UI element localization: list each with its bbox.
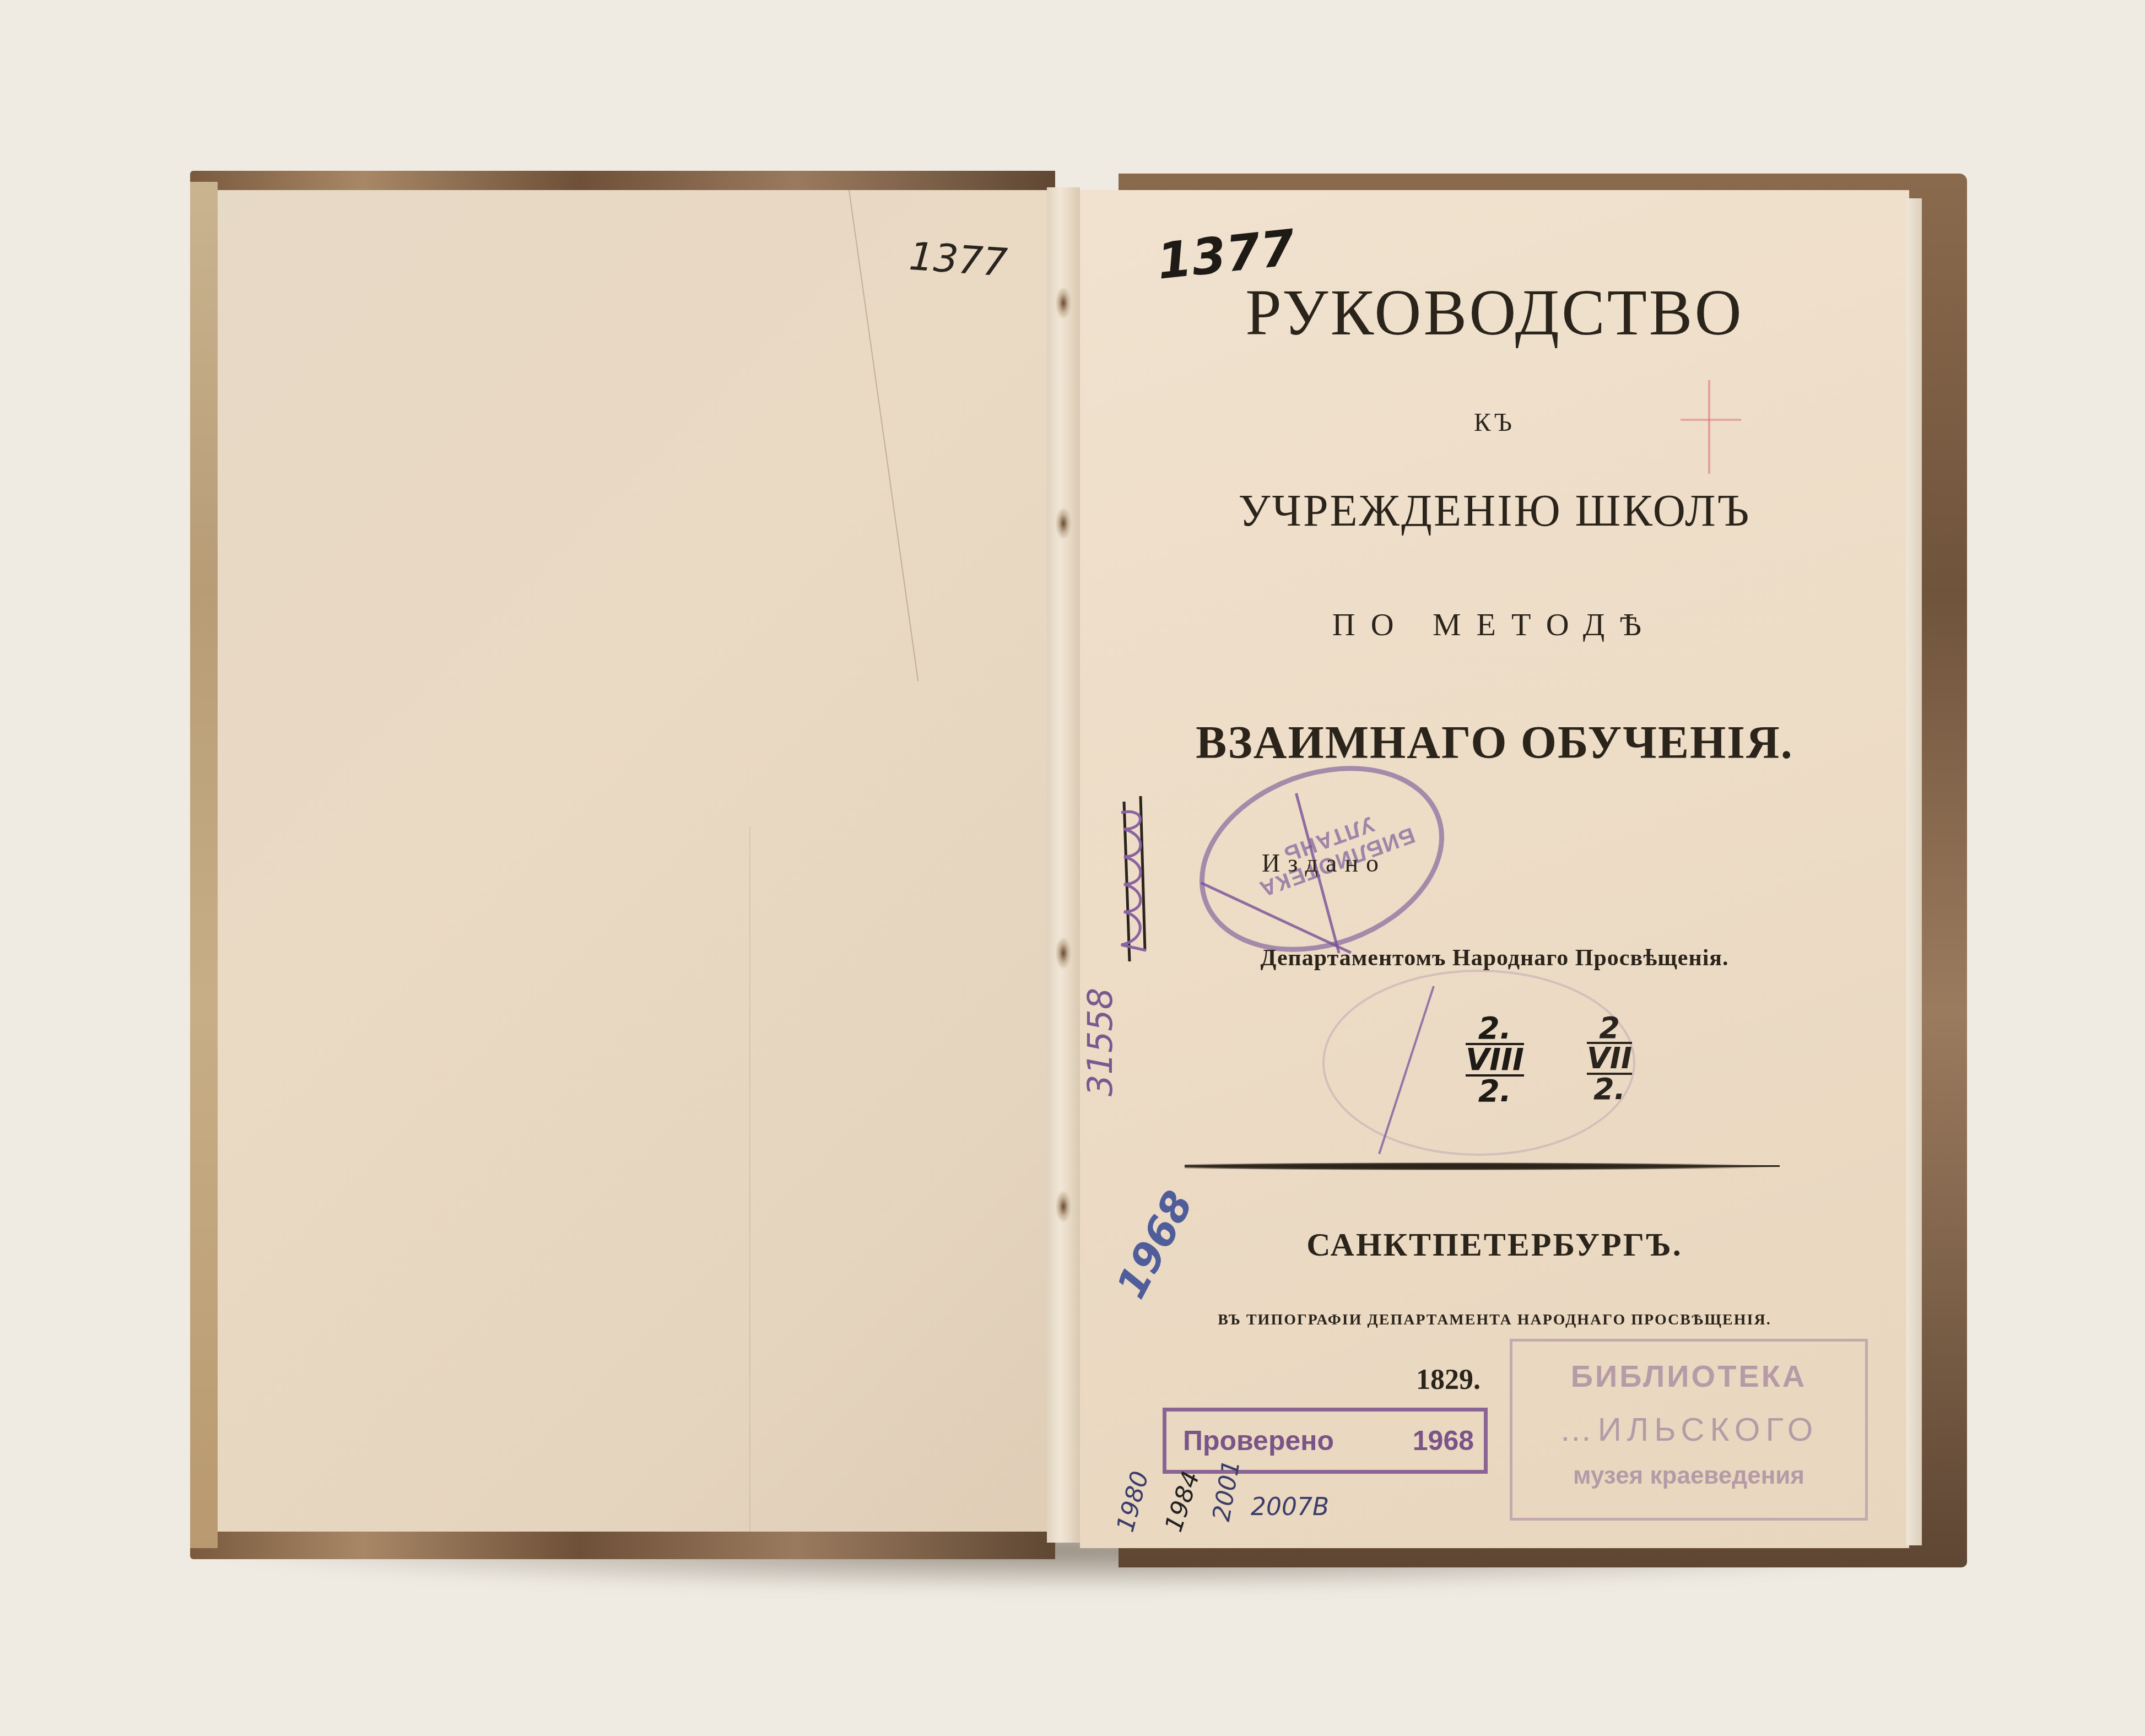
binding-stitch [1055,937,1072,970]
book-gutter [1047,187,1080,1543]
binding-stitch [1055,286,1072,320]
title-line-3: УЧРЕЖДЕНІЮ ШКОЛЪ [1080,485,1909,537]
title-line-1: РУКОВОДСТВО [1080,275,1909,350]
library-stamp-line-2: …ИЛЬСКОГО [1512,1410,1865,1448]
museum-library-stamp: БИБЛИОТЕКА …ИЛЬСКОГО музея краеведения [1510,1339,1868,1521]
left-endpaper [218,190,1055,1532]
fraction-top: 2 [1587,1014,1632,1042]
fraction-top: 2. [1466,1014,1524,1043]
checked-stamp-label: Проверено [1183,1425,1334,1457]
title-line-4: ПО МЕТОДѢ [1080,606,1909,643]
left-page-crease-2 [749,826,750,1543]
checked-stamp-year: 1968 [1413,1425,1474,1457]
handwritten-note: 2007В [1251,1493,1329,1521]
published-by-label: Издано [1262,848,1537,878]
left-cover-edge [190,182,218,1548]
fraction-bottom: 2. [1587,1075,1632,1103]
checked-stamp: Проверено 1968 [1163,1408,1488,1474]
left-shelf-mark: 1377 [907,234,1008,285]
fraction-bottom: 2. [1466,1077,1524,1106]
title-line-5: ВЗАИМНАГО ОБУЧЕНІЯ. [1080,716,1909,770]
publisher-line: Департаментомъ Народнаго Просвѣщенія. [1080,945,1909,971]
fraction-middle: VIII [1466,1043,1524,1077]
decorative-rule-line [1185,1165,1780,1167]
fraction-middle: VII [1587,1042,1632,1074]
inventory-number-purple: 31558 [1080,988,1120,1096]
library-stamp-line-1: БИБЛИОТЕКА [1512,1358,1865,1394]
imprint-printer: ВЪ ТИПОГРАФІИ ДЕПАРТАМЕНТА НАРОДНАГО ПРО… [1080,1311,1909,1329]
fraction-mark-2: 2 VII 2. [1587,1014,1632,1103]
library-stamp-line-3: музея краеведения [1512,1462,1865,1490]
page-block-edge [1906,198,1922,1545]
fraction-mark-1: 2. VIII 2. [1466,1014,1524,1106]
binding-stitch [1055,1190,1072,1223]
binding-stitch [1055,507,1072,540]
title-line-2: КЪ [1080,408,1909,437]
imprint-city: САНКТПЕТЕРБУРГЪ. [1080,1226,1909,1264]
